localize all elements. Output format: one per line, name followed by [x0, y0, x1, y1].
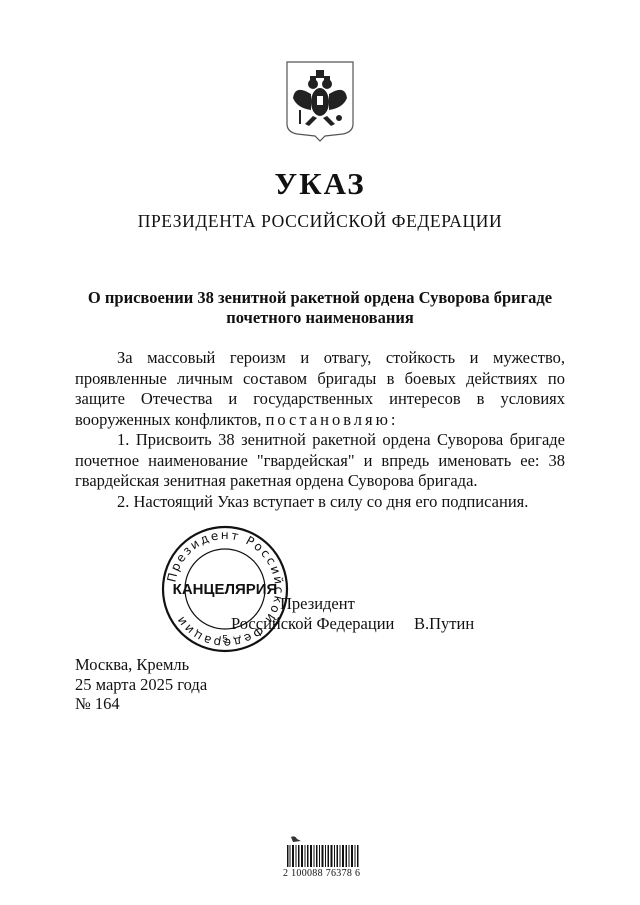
decree-item-1: 1. Присвоить 38 зенитной ракетной ордена… [75, 430, 565, 492]
resolve-text: постановляю: [266, 410, 399, 429]
decree-number: № 164 [75, 694, 207, 714]
decree-heading-line1: О присвоении 38 зенитной ракетной ордена… [80, 288, 560, 308]
signatory-name: В.Путин [414, 614, 474, 634]
issue-date: 25 марта 2025 года [75, 675, 207, 695]
stamp-center-text: КАНЦЕЛЯРИЯ [173, 581, 278, 598]
decree-heading: О присвоении 38 зенитной ракетной ордена… [80, 288, 560, 328]
document-subtitle: ПРЕЗИДЕНТА РОССИЙСКОЙ ФЕДЕРАЦИИ [0, 211, 640, 232]
document-title: УКАЗ [0, 166, 640, 202]
decree-body: За массовый героизм и отвагу, стойкость … [75, 348, 565, 512]
issue-details: Москва, Кремль 25 марта 2025 года № 164 [75, 655, 207, 714]
office-stamp: Президент Российской Федерации КАНЦЕЛЯРИ… [160, 524, 290, 654]
issue-place: Москва, Кремль [75, 655, 207, 675]
signatory-title-line1: Президент [280, 594, 355, 614]
preamble-paragraph: За массовый героизм и отвагу, стойкость … [75, 348, 565, 430]
coat-of-arms-icon [283, 58, 357, 142]
decree-item-2: 2. Настоящий Указ вступает в силу со дня… [75, 492, 565, 513]
stamp-number: 5 [222, 634, 228, 645]
barcode-digits: 2 100088 76378 6 [283, 868, 360, 879]
signatory-title-line2: Российской Федерации [231, 614, 394, 634]
decree-heading-line2: почетного наименования [80, 308, 560, 328]
